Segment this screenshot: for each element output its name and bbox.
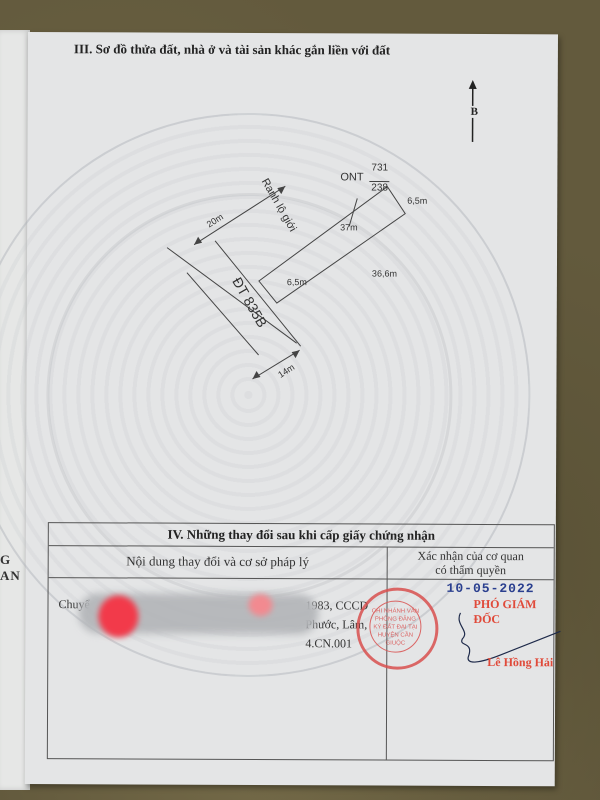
- col-confirm-header-line2: có thẩm quyền: [435, 563, 506, 577]
- front-width-label: 6,5m: [287, 277, 307, 287]
- confirmation-date: 10-05-2022: [447, 581, 535, 596]
- seal-text: CHI NHÁNH VĂN PHÒNG ĐĂNG KÝ ĐẤT ĐAI TẠI …: [369, 600, 421, 652]
- redaction-red-mark: [98, 595, 138, 637]
- land-type-label: ONT: [340, 171, 364, 183]
- redaction-red-mark-small: [248, 594, 272, 616]
- boundary-line: [215, 241, 301, 346]
- land-plot-diagram: ONT 731 238 6,5m 37m 36,6m 6,5m 20m 14m …: [26, 32, 558, 494]
- parcel-number: 731: [371, 162, 388, 173]
- back-width-label: 6,5m: [407, 196, 427, 206]
- col-content-header: Nội dung thay đổi và cơ sở pháp lý: [49, 545, 387, 578]
- certificate-page: III. Sơ đồ thửa đất, nhà ở và tài sản kh…: [25, 32, 558, 786]
- boundary-label: Ranh lộ giới: [259, 177, 299, 234]
- bottom-side-label: 36,6m: [372, 269, 397, 279]
- map-sheet-number: 238: [371, 182, 388, 193]
- changes-table: IV. Những thay đổi sau khi cấp giấy chứn…: [47, 522, 555, 761]
- col-confirm-header: Xác nhận của cơ quan có thẩm quyền: [388, 547, 554, 582]
- road-name-label: ĐT 835B: [229, 274, 270, 330]
- top-side-label: 37m: [340, 222, 358, 232]
- entry-line-3: 4.CN.001: [58, 633, 383, 653]
- table-header-row: Nội dung thay đổi và cơ sở pháp lý Xác n…: [49, 545, 554, 580]
- col-confirm-header-line1: Xác nhận của cơ quan: [418, 549, 524, 563]
- signer-name: Lê Hồng Hải: [487, 655, 553, 670]
- official-seal: CHI NHÁNH VĂN PHÒNG ĐĂNG KÝ ĐẤT ĐAI TẠI …: [356, 587, 438, 669]
- frontage-label: 14m: [276, 362, 296, 380]
